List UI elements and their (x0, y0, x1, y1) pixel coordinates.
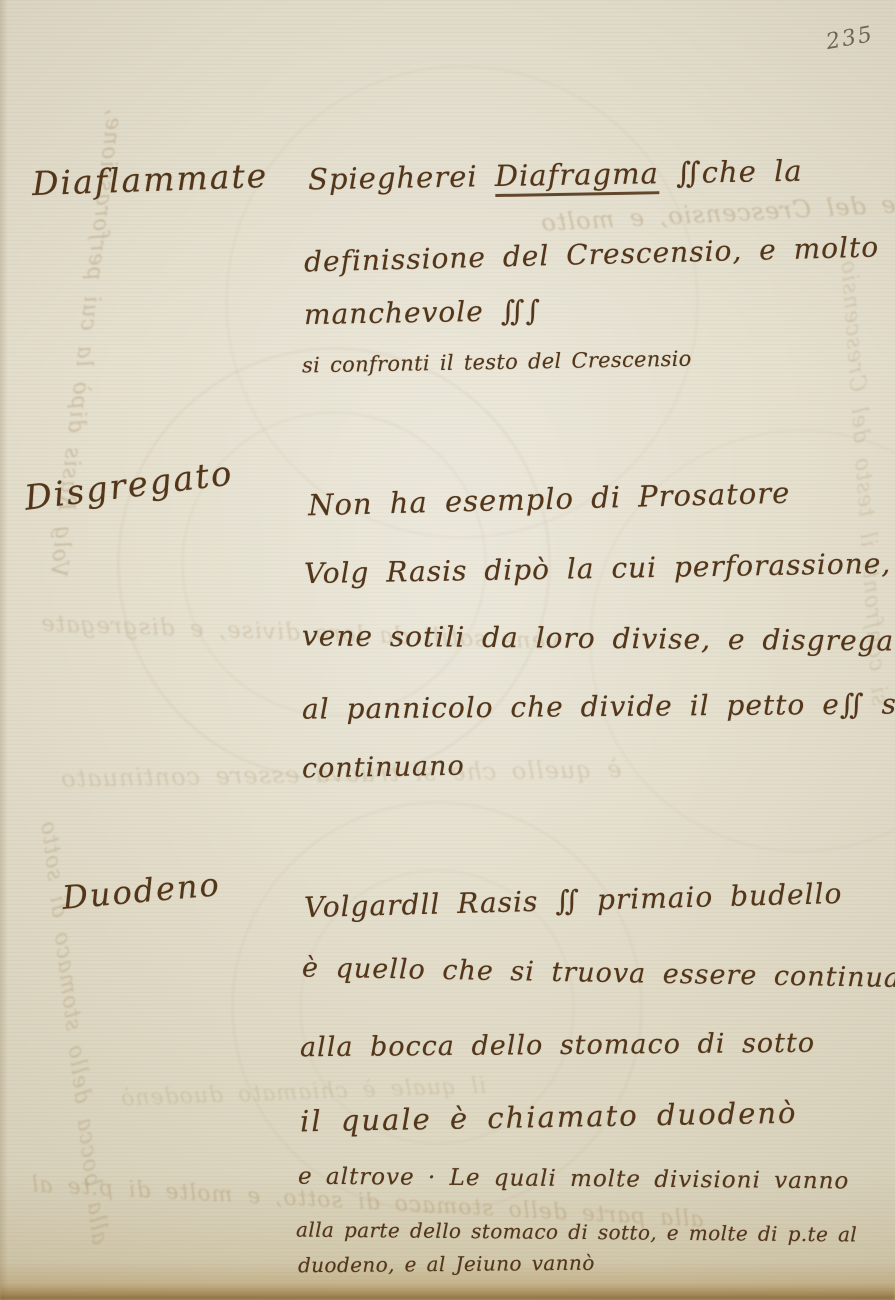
entry-line: Spiegherei Diafragma ∬che la (308, 154, 803, 197)
headword-duodeno: Duodeno (61, 865, 223, 917)
entry-line: duodeno, e al Jeiuno vannò (298, 1251, 595, 1278)
folio-number: 235 (824, 22, 876, 55)
manuscript-page: definissione del Crescensio, e molto Vol… (0, 0, 895, 1300)
entry-line: alla bocca dello stomaco di sotto (300, 1028, 815, 1063)
entry-line-text: ∬che la (659, 154, 803, 191)
headword-diaflammate: Diaflammate (31, 156, 268, 203)
entry-line: alla parte dello stomaco di sotto, e mol… (296, 1218, 857, 1247)
underlined-word: Diafragma (495, 156, 660, 197)
entry-line-text: Spiegherei (308, 159, 495, 196)
entry-line: al pannicolo che divide il petto e∬ si (302, 687, 895, 725)
entry-line: vene sotili da loro divise, e disgregate (302, 619, 895, 657)
entry-line: continuano (302, 751, 465, 785)
entry-line: il quale è chiamato duodenò (300, 1096, 798, 1139)
page-edge-left (0, 0, 8, 1300)
entry-line: e altrove · Le quali molte divisioni van… (298, 1164, 850, 1195)
page-edge-bottom (0, 1284, 895, 1300)
entry-line: manchevole ∬∫ (304, 294, 542, 331)
